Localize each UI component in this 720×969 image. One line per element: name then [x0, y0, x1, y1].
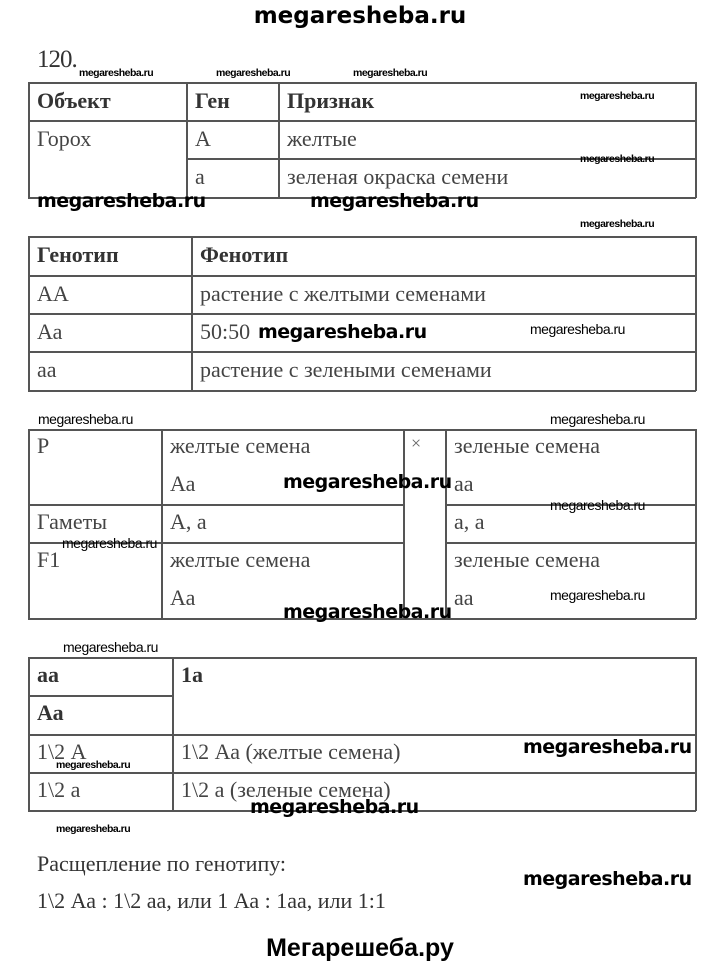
- trait-cell: зеленая окраска семени: [287, 166, 508, 188]
- phenotype-cell: растение с зелеными семенами: [200, 359, 492, 381]
- parent-left-phenotype: желтые семена: [170, 435, 310, 457]
- watermark: megaresheba.ru: [550, 497, 645, 513]
- header-genotype: Аа: [37, 702, 64, 724]
- phenotype-cell: растение с желтыми семенами: [200, 283, 486, 305]
- site-header-title[interactable]: megaresheba.ru: [0, 3, 720, 29]
- conclusion-text: 1\2 Аа : 1\2 аа, или 1 Аа : 1аа, или 1:1: [37, 888, 386, 914]
- watermark: megaresheba.ru: [353, 67, 427, 79]
- header-genotype: аа: [37, 664, 59, 686]
- parent-left-genotype: Аа: [170, 473, 195, 495]
- watermark: megaresheba.ru: [63, 639, 158, 655]
- watermark: megaresheba.ru: [523, 868, 692, 890]
- f1-right-phenotype: зеленые семена: [454, 549, 600, 571]
- watermark: megaresheba.ru: [580, 218, 654, 230]
- gene-cell: а: [195, 166, 205, 188]
- gametes-right: а, а: [454, 511, 485, 533]
- watermark: megaresheba.ru: [550, 411, 645, 427]
- watermark: megaresheba.ru: [580, 90, 654, 102]
- offspring-cell: 1\2 Аа (желтые семена): [181, 741, 400, 763]
- watermark: megaresheba.ru: [79, 67, 153, 79]
- genotype-cell: АА: [37, 283, 69, 305]
- watermark: megaresheba.ru: [56, 823, 130, 835]
- trait-cell: желтые: [287, 128, 357, 150]
- table-header: Ген: [195, 90, 230, 112]
- watermark: megaresheba.ru: [56, 759, 130, 771]
- f1-left-phenotype: желтые семена: [170, 549, 310, 571]
- parent-right-phenotype: зеленые семена: [454, 435, 600, 457]
- table-header: Фенотип: [200, 244, 288, 266]
- task-number: 120.: [37, 46, 77, 74]
- watermark: megaresheba.ru: [530, 321, 625, 337]
- watermark: megaresheba.ru: [283, 471, 452, 493]
- f1-right-genotype: аа: [454, 587, 474, 609]
- parent-right-genotype: аа: [454, 473, 474, 495]
- row-label: Гаметы: [37, 511, 107, 533]
- phenotype-cell: 50:50: [200, 321, 250, 343]
- gametes-left: А, а: [170, 511, 207, 533]
- gene-cell: А: [195, 128, 211, 150]
- table-header: Генотип: [37, 244, 119, 266]
- genotype-cell: аа: [37, 359, 57, 381]
- site-footer-title[interactable]: Мегарешеба.ру: [0, 934, 720, 963]
- f1-left-genotype: Аа: [170, 587, 195, 609]
- watermark: megaresheba.ru: [258, 321, 427, 343]
- conclusion-title: Расщепление по генотипу:: [37, 851, 286, 877]
- watermark: megaresheba.ru: [580, 153, 654, 165]
- watermark: megaresheba.ru: [38, 411, 133, 427]
- table-header: Признак: [287, 90, 374, 112]
- watermark: megaresheba.ru: [523, 736, 692, 758]
- watermark: megaresheba.ru: [216, 67, 290, 79]
- header-gamete: 1а: [181, 664, 203, 686]
- table-header: Объект: [37, 90, 111, 112]
- watermark: megaresheba.ru: [310, 190, 479, 212]
- watermark: megaresheba.ru: [550, 587, 645, 603]
- watermark: megaresheba.ru: [37, 190, 206, 212]
- object-cell: Горох: [37, 128, 91, 150]
- genotype-cell: Аа: [37, 321, 62, 343]
- gamete-cell: 1\2 а: [37, 779, 80, 801]
- cross-symbol: ×: [411, 434, 421, 452]
- row-label: F1: [37, 549, 60, 571]
- watermark: megaresheba.ru: [283, 601, 452, 623]
- row-label: P: [37, 435, 49, 457]
- watermark: megaresheba.ru: [250, 796, 419, 818]
- watermark: megaresheba.ru: [62, 535, 157, 551]
